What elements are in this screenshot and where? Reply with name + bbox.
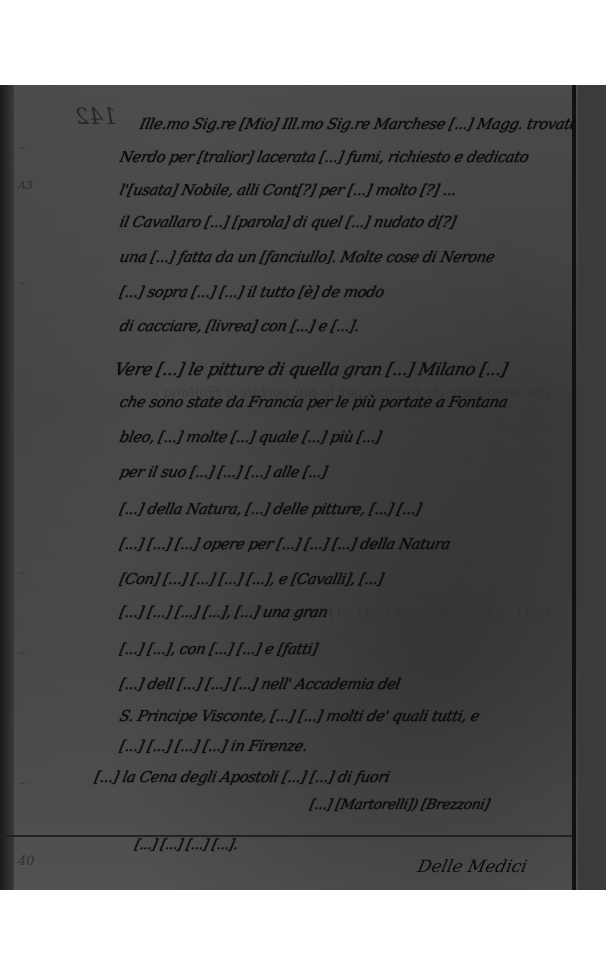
margin-note: ...: [18, 140, 108, 152]
text-line: [...] sopra [...] [...] il tutto [è] de …: [118, 283, 577, 301]
text-line: Ille.mo Sig.re [Mio] Ill.mo Sig.re March…: [138, 115, 577, 133]
text-line: [...] [...], con [...] [...] e [fatti]: [118, 640, 577, 658]
margin-note: 40: [18, 855, 108, 869]
signature: Delle Medici: [416, 857, 529, 877]
margin-note: ...: [18, 565, 108, 577]
text-line: [...] dell [...] [...] [...] nell' Accad…: [118, 675, 577, 693]
right-margin-strip: [578, 85, 606, 890]
text-line: Nerdo per [tralior] lacerata [...] fumi,…: [118, 148, 577, 166]
page-number: 142: [75, 105, 117, 130]
margin-note: ...: [18, 275, 108, 287]
text-line: l'[usata] Nobile, alli Cont[?] per [...]…: [118, 181, 577, 199]
text-below-rule: [...] [...] [...] [...].: [133, 837, 436, 853]
text-line: per il suo [...] [...] [...] alle [...]: [118, 463, 577, 481]
text-line: [Con] [...] [...] [...] [...], e [Cavall…: [118, 570, 577, 588]
manuscript-scan: che sono state da Francia per le più por…: [0, 85, 606, 890]
text-line: di cacciare, [livrea] con [...] e [...].: [118, 317, 577, 335]
text-line: che sono state da Francia per le più por…: [118, 393, 577, 411]
text-line: S. Principe Visconte, [...] [...] molti …: [118, 707, 577, 725]
text-line: Vere [...] le pitture di quella gran [..…: [113, 360, 572, 380]
text-line: [...] della Natura, [...] delle pitture,…: [118, 500, 577, 518]
text-line: una [...] fatta da un [fanciullo]. Molte…: [118, 248, 577, 266]
text-line: [...] [...] [...] opere per [...] [...] …: [118, 535, 577, 553]
text-line: il Cavallaro [...] [parola] di quel [...…: [118, 213, 577, 231]
margin-note: A3: [18, 180, 108, 192]
margin-note: ...: [18, 645, 108, 657]
text-line: [...] [...] [...] [...], [...] una gran: [118, 603, 577, 621]
text-line: bleo, [...] molte [...] quale [...] più …: [118, 428, 577, 446]
text-line: [...] [...] [...] [...] in Firenze.: [118, 737, 577, 755]
text-line: [...] la Cena degli Apostoli [...] [...]…: [93, 768, 577, 786]
text-line: [...] [Martorelli]) [Brezzoni]: [308, 797, 576, 813]
binding-gutter: [0, 85, 14, 890]
